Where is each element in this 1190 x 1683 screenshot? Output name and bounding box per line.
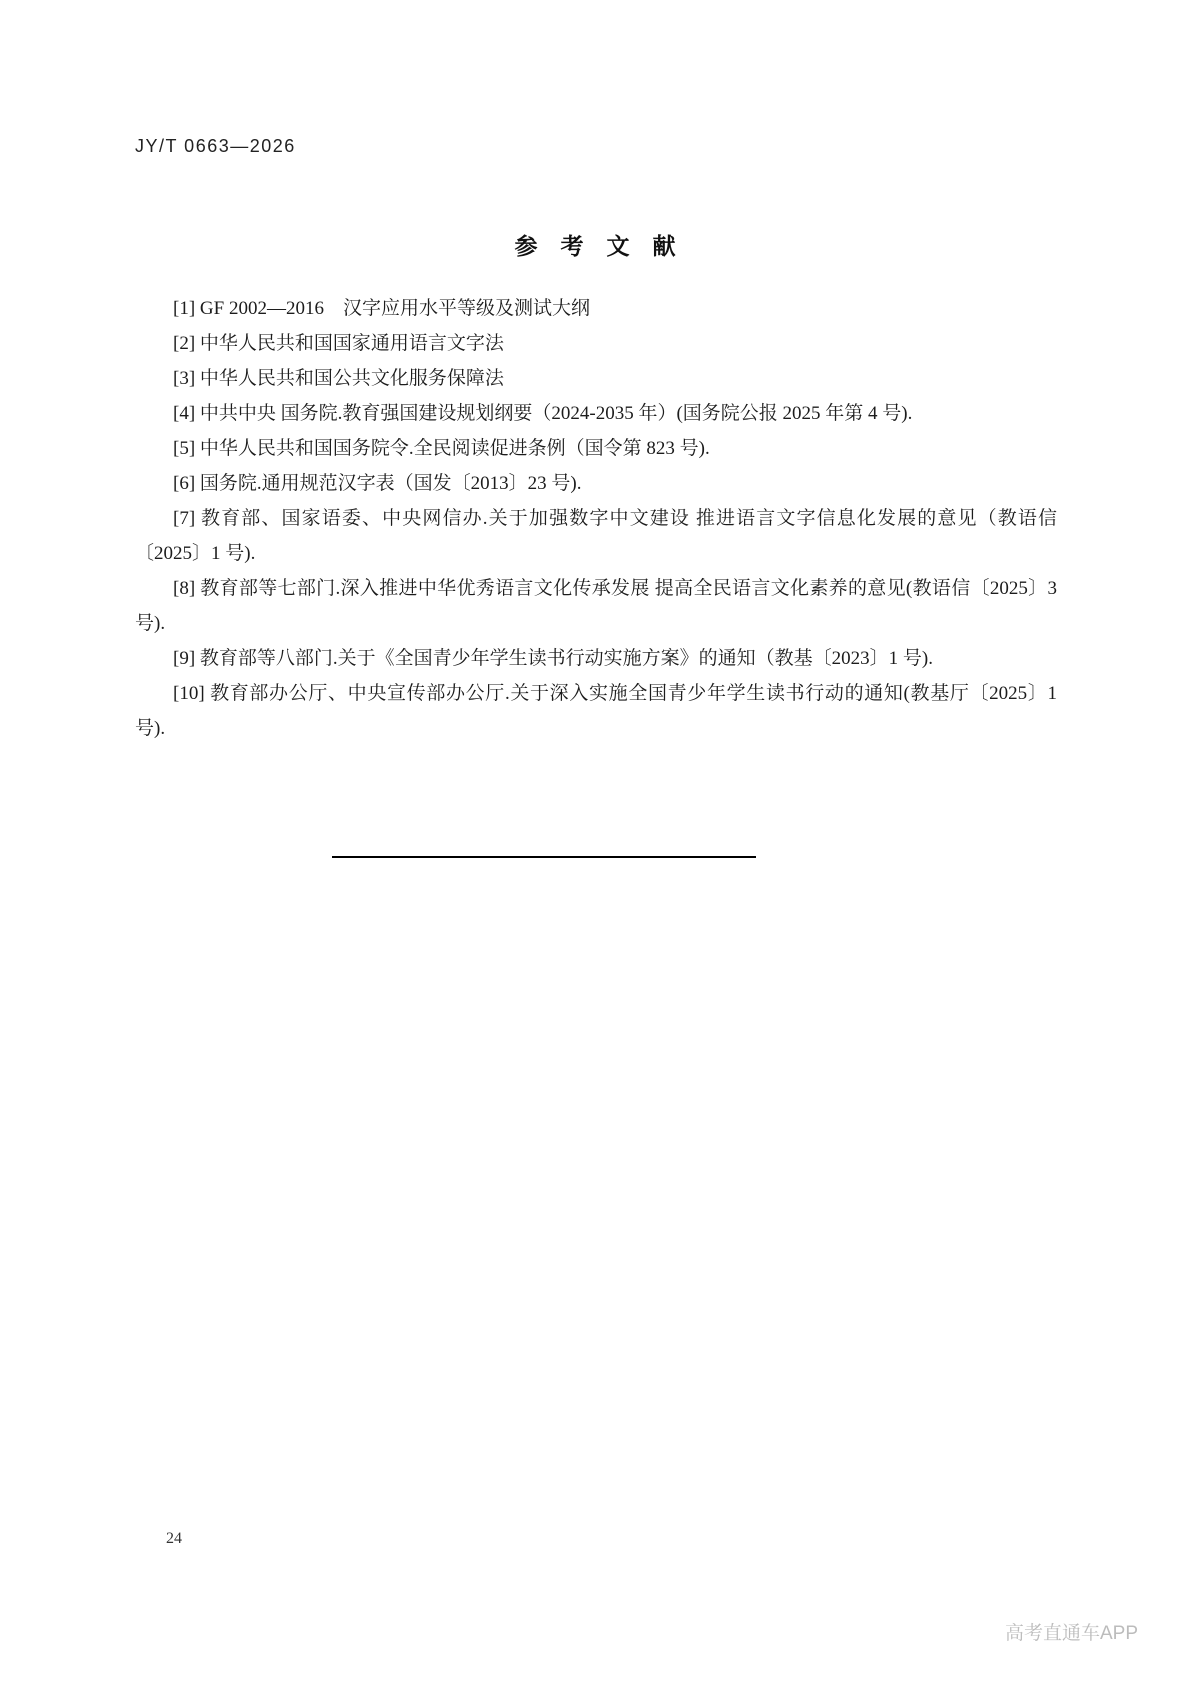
- document-page: JY/T 0663—2026 参 考 文 献 [1] GF 2002—2016 …: [0, 0, 1190, 1683]
- reference-item-2: [2] 中华人民共和国国家通用语言文字法: [135, 326, 1057, 361]
- reference-item-6: [6] 国务院.通用规范汉字表（国发〔2013〕23 号).: [135, 466, 1057, 501]
- reference-item-1: [1] GF 2002—2016 汉字应用水平等级及测试大纲: [135, 291, 1057, 326]
- standard-number-header: JY/T 0663—2026: [135, 136, 296, 157]
- reference-list: [1] GF 2002—2016 汉字应用水平等级及测试大纲 [2] 中华人民共…: [135, 291, 1057, 746]
- reference-item-9: [9] 教育部等八部门.关于《全国青少年学生读书行动实施方案》的通知（教基〔20…: [135, 641, 1057, 676]
- reference-item-8: [8] 教育部等七部门.深入推进中华优秀语言文化传承发展 提高全民语言文化素养的…: [135, 571, 1057, 641]
- end-of-document-line: [332, 856, 756, 858]
- reference-item-5: [5] 中华人民共和国国务院令.全民阅读促进条例（国令第 823 号).: [135, 431, 1057, 466]
- reference-item-3: [3] 中华人民共和国公共文化服务保障法: [135, 361, 1057, 396]
- reference-item-7: [7] 教育部、国家语委、中央网信办.关于加强数字中文建设 推进语言文字信息化发…: [135, 501, 1057, 571]
- reference-item-10: [10] 教育部办公厅、中央宣传部办公厅.关于深入实施全国青少年学生读书行动的通…: [135, 676, 1057, 746]
- watermark-text: 高考直通车APP: [1005, 1618, 1138, 1645]
- page-number: 24: [166, 1530, 182, 1548]
- references-section-title: 参 考 文 献: [0, 228, 1190, 261]
- reference-item-4: [4] 中共中央 国务院.教育强国建设规划纲要（2024-2035 年）(国务院…: [135, 396, 1057, 431]
